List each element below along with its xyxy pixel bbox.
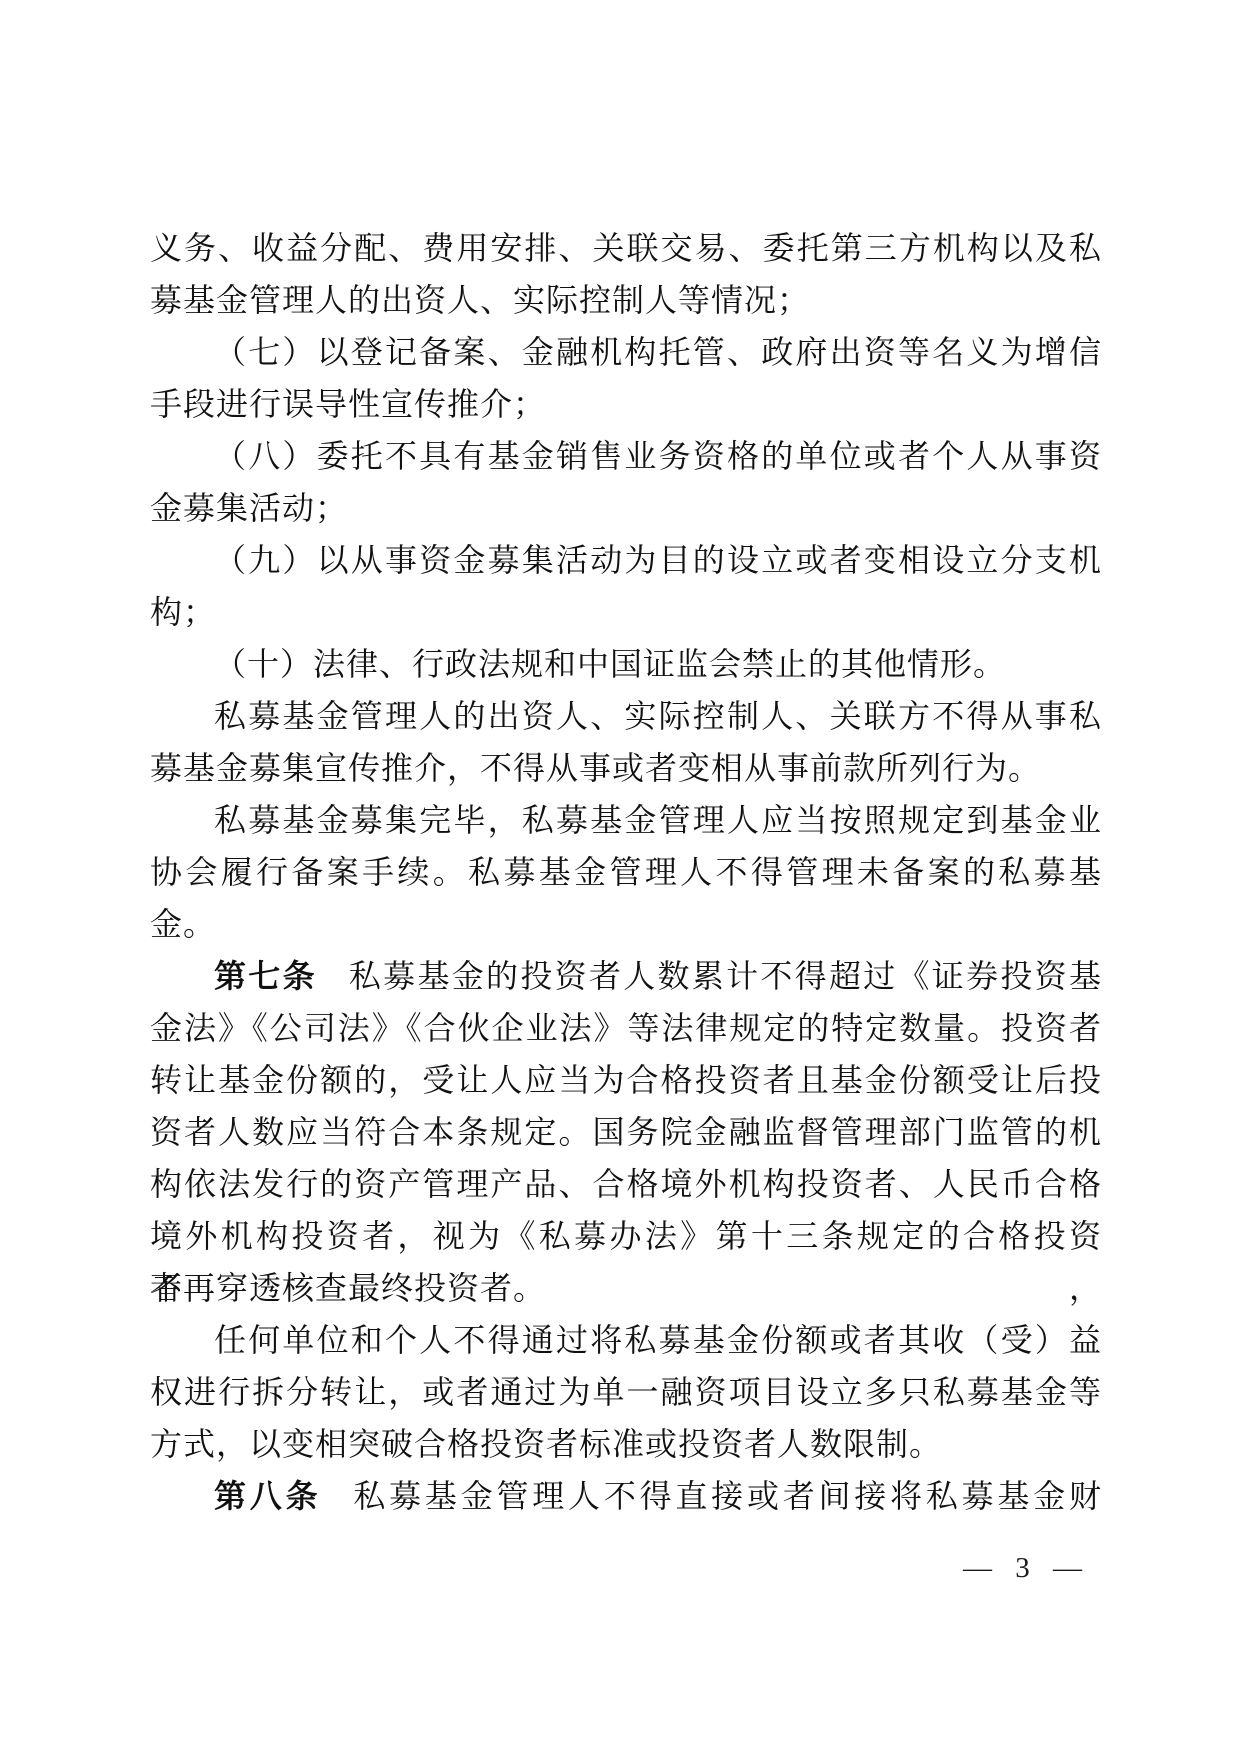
text-line: （九）以从事资金募集活动为目的设立或者变相设立分支机 [150, 534, 1102, 586]
text-line: 任何单位和个人不得通过将私募基金份额或者其收（受）益 [150, 1314, 1102, 1366]
line-text: （七）以登记备案、金融机构托管、政府出资等名义为增信 [214, 334, 1102, 370]
page-number: — 3 — [963, 1548, 1090, 1588]
line-text: 金法》《公司法》《合伙企业法》等法律规定的特定数量。投资者 [150, 1010, 1102, 1046]
text-line: （七）以登记备案、金融机构托管、政府出资等名义为增信 [150, 326, 1102, 378]
line-text: 构依法发行的资产管理产品、合格境外机构投资者、人民币合格 [150, 1166, 1102, 1202]
line-text: 协会履行备案手续。私募基金管理人不得管理未备案的私募基 [150, 854, 1102, 890]
text-line: 第七条私募基金的投资者人数累计不得超过《证券投资基 [150, 950, 1102, 1002]
text-line: 金法》《公司法》《合伙企业法》等法律规定的特定数量。投资者 [150, 1002, 1102, 1054]
text-line: 方式，以变相突破合格投资者标准或投资者人数限制。 [150, 1418, 1102, 1470]
text-line: 义务、收益分配、费用安排、关联交易、委托第三方机构以及私 [150, 222, 1102, 274]
text-line: 转让基金份额的，受让人应当为合格投资者且基金份额受让后投 [150, 1054, 1102, 1106]
line-text: 募基金管理人的出资人、实际控制人等情况； [150, 282, 810, 318]
text-line: （十）法律、行政法规和中国证监会禁止的其他情形。 [150, 638, 1102, 690]
article-number-8: 第八条 [214, 1478, 321, 1514]
text-line: 私募基金管理人的出资人、实际控制人、关联方不得从事私 [150, 690, 1102, 742]
line-text: 手段进行误导性宣传推介； [150, 386, 546, 422]
line-text: 权进行拆分转让，或者通过为单一融资项目设立多只私募基金等 [150, 1374, 1102, 1410]
text-line: 募基金募集宣传推介，不得从事或者变相从事前款所列行为。 [150, 742, 1102, 794]
line-text: （九）以从事资金募集活动为目的设立或者变相设立分支机 [214, 542, 1102, 578]
text-line: 权进行拆分转让，或者通过为单一融资项目设立多只私募基金等 [150, 1366, 1102, 1418]
text-line: 资者人数应当符合本条规定。国务院金融监督管理部门监管的机 [150, 1106, 1102, 1158]
text-block: 义务、收益分配、费用安排、关联交易、委托第三方机构以及私 募基金管理人的出资人、… [150, 222, 1102, 1522]
line-text: 资者人数应当符合本条规定。国务院金融监督管理部门监管的机 [150, 1114, 1102, 1150]
text-line: （八）委托不具有基金销售业务资格的单位或者个人从事资 [150, 430, 1102, 482]
line-text: 金募集活动； [150, 490, 348, 526]
text-line: 协会履行备案手续。私募基金管理人不得管理未备案的私募基 [150, 846, 1102, 898]
line-text: 构； [150, 594, 216, 630]
document-page: 义务、收益分配、费用安排、关联交易、委托第三方机构以及私 募基金管理人的出资人、… [0, 0, 1240, 1754]
line-text: 义务、收益分配、费用安排、关联交易、委托第三方机构以及私 [150, 230, 1102, 266]
text-line: 金。 [150, 898, 1102, 950]
line-text: 金。 [150, 906, 216, 942]
text-line: 私募基金募集完毕，私募基金管理人应当按照规定到基金业 [150, 794, 1102, 846]
text-line: 构； [150, 586, 1102, 638]
line-text: 转让基金份额的，受让人应当为合格投资者且基金份额受让后投 [150, 1062, 1102, 1098]
text-line: 募基金管理人的出资人、实际控制人等情况； [150, 274, 1102, 326]
text-line: 构依法发行的资产管理产品、合格境外机构投资者、人民币合格 [150, 1158, 1102, 1210]
line-text: （十）法律、行政法规和中国证监会禁止的其他情形。 [214, 646, 1006, 682]
article-number-7: 第七条 [214, 958, 317, 994]
text-line: 金募集活动； [150, 482, 1102, 534]
line-text: 私募基金的投资者人数累计不得超过《证券投资基 [349, 958, 1102, 994]
line-text: 私募基金管理人不得直接或者间接将私募基金财 [353, 1478, 1102, 1514]
line-text: 私募基金管理人的出资人、实际控制人、关联方不得从事私 [214, 698, 1102, 734]
text-line: 第八条私募基金管理人不得直接或者间接将私募基金财 [150, 1470, 1102, 1522]
text-line: 手段进行误导性宣传推介； [150, 378, 1102, 430]
line-text: 私募基金募集完毕，私募基金管理人应当按照规定到基金业 [214, 802, 1102, 838]
text-line: 境外机构投资者，视为《私募办法》第十三条规定的合格投资者， [150, 1210, 1102, 1262]
line-text: （八）委托不具有基金销售业务资格的单位或者个人从事资 [214, 438, 1102, 474]
line-text: 不再穿透核查最终投资者。 [150, 1270, 546, 1306]
line-text: 任何单位和个人不得通过将私募基金份额或者其收（受）益 [214, 1322, 1102, 1358]
line-text: 方式，以变相突破合格投资者标准或投资者人数限制。 [150, 1426, 942, 1462]
line-text: 募基金募集宣传推介，不得从事或者变相从事前款所列行为。 [150, 750, 1041, 786]
